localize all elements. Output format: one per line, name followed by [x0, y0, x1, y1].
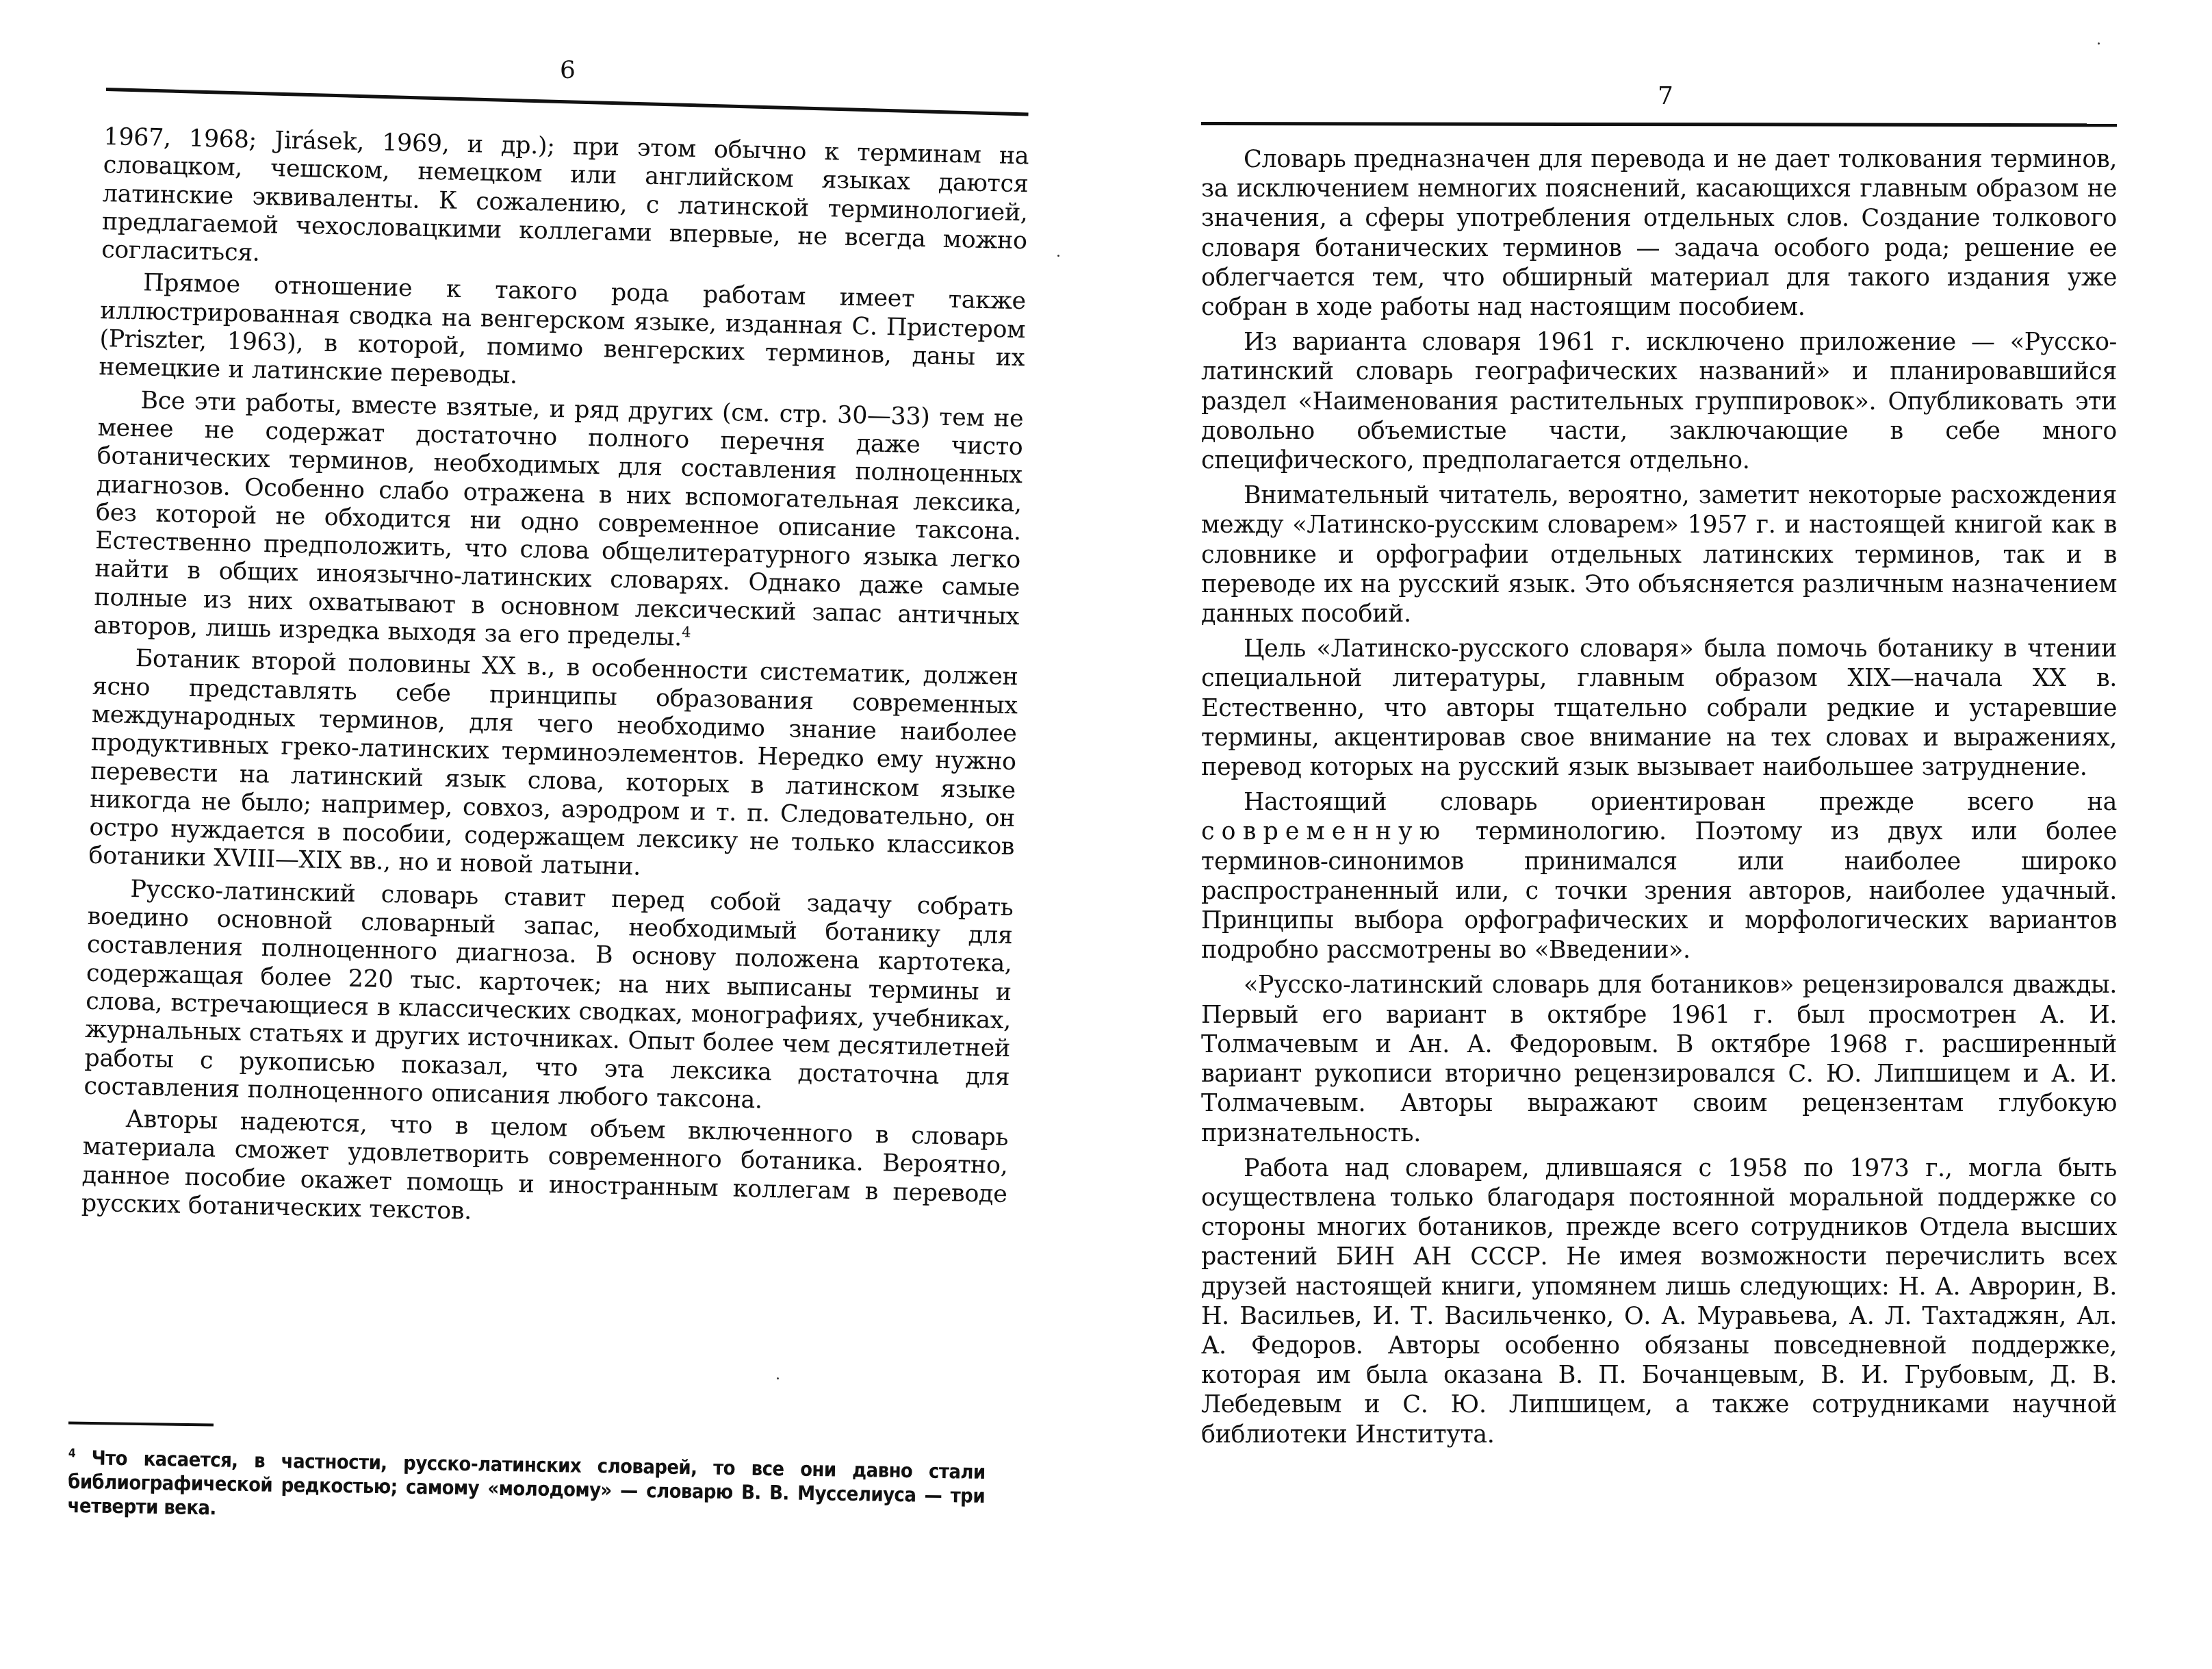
paragraph: Все эти работы, вместе взятые, и ряд дру…	[93, 386, 1023, 660]
paragraph: Цель «Латинско-русского словаря» была по…	[1201, 635, 2117, 782]
paragraph: Словарь предназначен для перевода и не д…	[1201, 145, 2117, 322]
page-number-right: 7	[1658, 82, 1673, 110]
header-rule-right	[1201, 122, 2117, 127]
footnote-text: 4 Что касается, в частности, русско-лати…	[67, 1446, 985, 1532]
paragraph: Русско-латинский словарь ставит перед со…	[83, 874, 1014, 1120]
right-body: Словарь предназначен для перевода и не д…	[1201, 145, 2117, 1455]
footnote-body: Что касается, в частности, русско-латинс…	[67, 1447, 985, 1520]
paragraph: «Русско-латинский словарь для ботаников»…	[1201, 971, 2117, 1148]
paragraph: Внимательный читатель, вероятно, заметит…	[1201, 481, 2117, 629]
scan-speck	[777, 1377, 779, 1379]
footnote: 4 Что касается, в частности, русско-лати…	[67, 1446, 985, 1532]
paragraph-text: Все эти работы, вместе взятые, и ряд дру…	[93, 387, 1023, 652]
paragraph: Авторы надеются, что в целом объем включ…	[81, 1105, 1009, 1237]
paragraph: Прямое отношение к такого рода работам и…	[99, 268, 1026, 400]
footnote-reference[interactable]: 4	[682, 624, 691, 640]
footnote-rule	[68, 1422, 214, 1427]
paragraph: Настоящий словарь ориентирован прежде вс…	[1201, 788, 2117, 965]
emphasized-word: современную	[1201, 818, 1447, 845]
paragraph: Работа над словарем, длившаяся с 1958 по…	[1201, 1154, 2117, 1450]
left-body: 1967, 1968; Jirásek, 1969, и др.); при э…	[81, 123, 1029, 1241]
scan-speck	[1057, 255, 1059, 257]
header-rule-left	[106, 88, 1029, 116]
scan-speck	[2098, 42, 2100, 44]
page-number-left: 6	[560, 56, 576, 84]
paragraph: Из варианта словаря 1961 г. исключено пр…	[1201, 328, 2117, 476]
footnote-marker: 4	[68, 1447, 76, 1460]
paragraph: Ботаник второй половины XX в., в особенн…	[88, 644, 1018, 890]
paragraph-text: Настоящий словарь ориентирован прежде вс…	[1244, 789, 2117, 816]
paragraph: 1967, 1968; Jirásek, 1969, и др.); при э…	[101, 123, 1029, 284]
